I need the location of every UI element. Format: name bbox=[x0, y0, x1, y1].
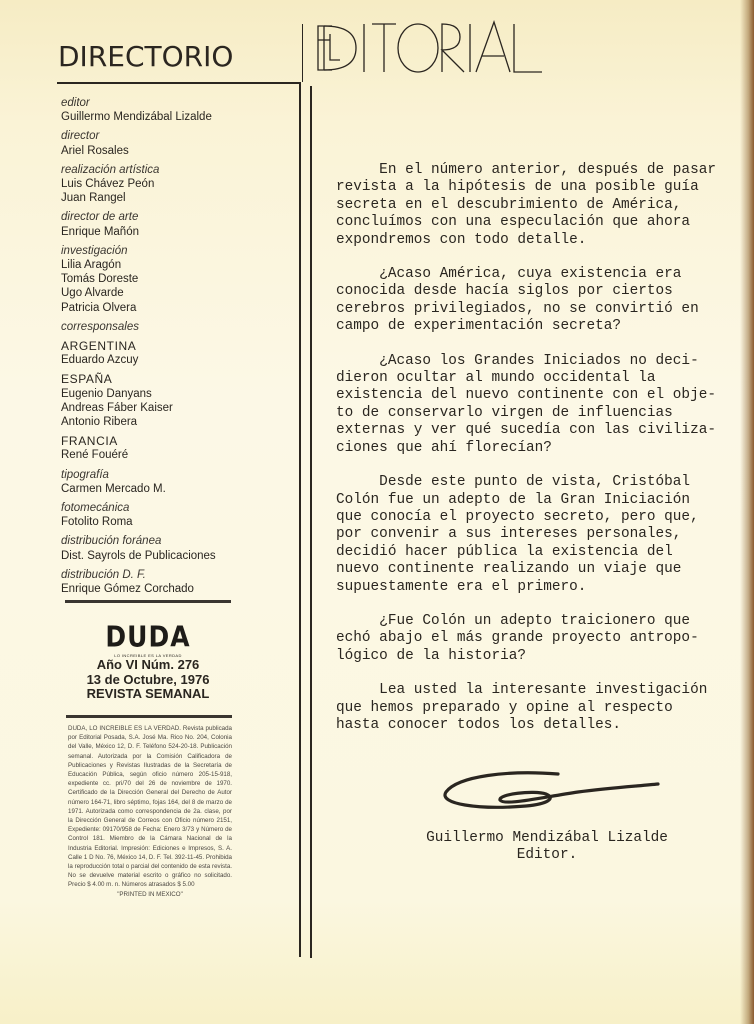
staff-bottom-rule bbox=[65, 600, 231, 603]
staff-name: Carmen Mercado M. bbox=[61, 482, 293, 496]
editorial-paragraph: ¿Acaso América, cuya existencia era cono… bbox=[336, 266, 754, 336]
staff-role: distribución foránea bbox=[61, 534, 293, 548]
staff-group: FRANCIARené Fouéré bbox=[61, 434, 293, 462]
signature bbox=[438, 768, 662, 823]
printed-in-mexico: "PRINTED IN MEXICO" bbox=[68, 890, 232, 899]
staff-name: Patricia Olvera bbox=[61, 301, 293, 315]
staff-group: tipografíaCarmen Mercado M. bbox=[61, 468, 293, 496]
staff-group: ARGENTINAEduardo Azcuy bbox=[61, 339, 293, 367]
staff-role: editor bbox=[61, 96, 293, 110]
staff-name: Fotolito Roma bbox=[61, 515, 293, 529]
editorial-title-bar bbox=[302, 24, 303, 82]
staff-name: Enrique Gómez Corchado bbox=[61, 582, 293, 596]
issue-date: 13 de Octubre, 1976 bbox=[60, 673, 236, 688]
editorial-paragraph: Lea usted la interesante investigación q… bbox=[336, 682, 754, 734]
staff-name: René Fouéré bbox=[61, 448, 293, 462]
staff-country: FRANCIA bbox=[61, 434, 293, 448]
editorial-paragraph: Desde este punto de vista, Cristóbal Col… bbox=[336, 474, 754, 596]
signature-icon bbox=[438, 768, 662, 818]
signature-block: Guillermo Mendizábal Lizalde Editor. bbox=[400, 830, 694, 865]
staff-name: Antonio Ribera bbox=[61, 415, 293, 429]
staff-name: Eduardo Azcuy bbox=[61, 353, 293, 367]
staff-name: Juan Rangel bbox=[61, 191, 293, 205]
directory-title: DIRECTORIO bbox=[58, 40, 233, 73]
staff-role: corresponsales bbox=[61, 320, 293, 334]
staff-role: director de arte bbox=[61, 210, 293, 224]
staff-country: ESPAÑA bbox=[61, 372, 293, 386]
staff-role: director bbox=[61, 129, 293, 143]
staff-role: fotomecánica bbox=[61, 501, 293, 515]
logo-wordmark: DUDA bbox=[105, 620, 190, 653]
column-divider bbox=[299, 82, 301, 957]
staff-role: investigación bbox=[61, 244, 293, 258]
issue-bottom-rule bbox=[66, 715, 232, 718]
legal-notice: DUDA, LO INCREIBLE ES LA VERDAD. Revista… bbox=[68, 724, 232, 899]
staff-group: editorGuillermo Mendizábal Lizalde bbox=[61, 96, 293, 124]
directory-top-rule bbox=[57, 82, 301, 84]
staff-name: Enrique Mañón bbox=[61, 225, 293, 239]
column-divider-inner bbox=[310, 86, 312, 958]
signature-name: Guillermo Mendizábal Lizalde bbox=[400, 830, 694, 847]
staff-name: Eugenio Danyans bbox=[61, 387, 293, 401]
staff-role: tipografía bbox=[61, 468, 293, 482]
staff-role: realización artística bbox=[61, 163, 293, 177]
legal-text: DUDA, LO INCREIBLE ES LA VERDAD. Revista… bbox=[68, 724, 232, 890]
staff-group: fotomecánicaFotolito Roma bbox=[61, 501, 293, 529]
staff-group: distribución D. F.Enrique Gómez Corchado bbox=[61, 568, 293, 596]
editorial-title bbox=[310, 10, 550, 91]
staff-group: ESPAÑAEugenio DanyansAndreas Fáber Kaise… bbox=[61, 372, 293, 429]
staff-group: directorAriel Rosales bbox=[61, 129, 293, 157]
staff-group: investigaciónLilia AragónTomás DoresteUg… bbox=[61, 244, 293, 315]
staff-name: Guillermo Mendizábal Lizalde bbox=[61, 110, 293, 124]
issue-info: Año VI Núm. 276 13 de Octubre, 1976 REVI… bbox=[60, 658, 236, 702]
editorial-paragraph: ¿Acaso los Grandes Iniciados no deci- di… bbox=[336, 353, 754, 457]
staff-name: Dist. Sayrols de Publicaciones bbox=[61, 549, 293, 563]
staff-group: realización artísticaLuis Chávez PeónJua… bbox=[61, 163, 293, 206]
staff-name: Luis Chávez Peón bbox=[61, 177, 293, 191]
staff-name: Ariel Rosales bbox=[61, 144, 293, 158]
staff-list: editorGuillermo Mendizábal Lizaldedirect… bbox=[61, 96, 293, 601]
signature-title: Editor. bbox=[400, 847, 694, 864]
staff-group: director de arteEnrique Mañón bbox=[61, 210, 293, 238]
editorial-paragraph: ¿Fue Colón un adepto traicionero que ech… bbox=[336, 613, 754, 665]
staff-group: distribución foráneaDist. Sayrols de Pub… bbox=[61, 534, 293, 562]
editorial-body: En el número anterior, después de pasar … bbox=[336, 162, 754, 751]
editorial-paragraph: En el número anterior, después de pasar … bbox=[336, 162, 754, 249]
staff-group: corresponsales bbox=[61, 320, 293, 334]
staff-name: Tomás Doreste bbox=[61, 272, 293, 286]
issue-number: Año VI Núm. 276 bbox=[60, 658, 236, 673]
issue-frequency: REVISTA SEMANAL bbox=[60, 687, 236, 702]
staff-role: distribución D. F. bbox=[61, 568, 293, 582]
staff-name: Andreas Fáber Kaiser bbox=[61, 401, 293, 415]
staff-country: ARGENTINA bbox=[61, 339, 293, 353]
staff-name: Ugo Alvarde bbox=[61, 286, 293, 300]
editorial-wordmark-icon bbox=[310, 10, 550, 86]
staff-name: Lilia Aragón bbox=[61, 258, 293, 272]
masthead-logo: DUDA LO INCREIBLE ES LA VERDAD bbox=[60, 622, 236, 658]
